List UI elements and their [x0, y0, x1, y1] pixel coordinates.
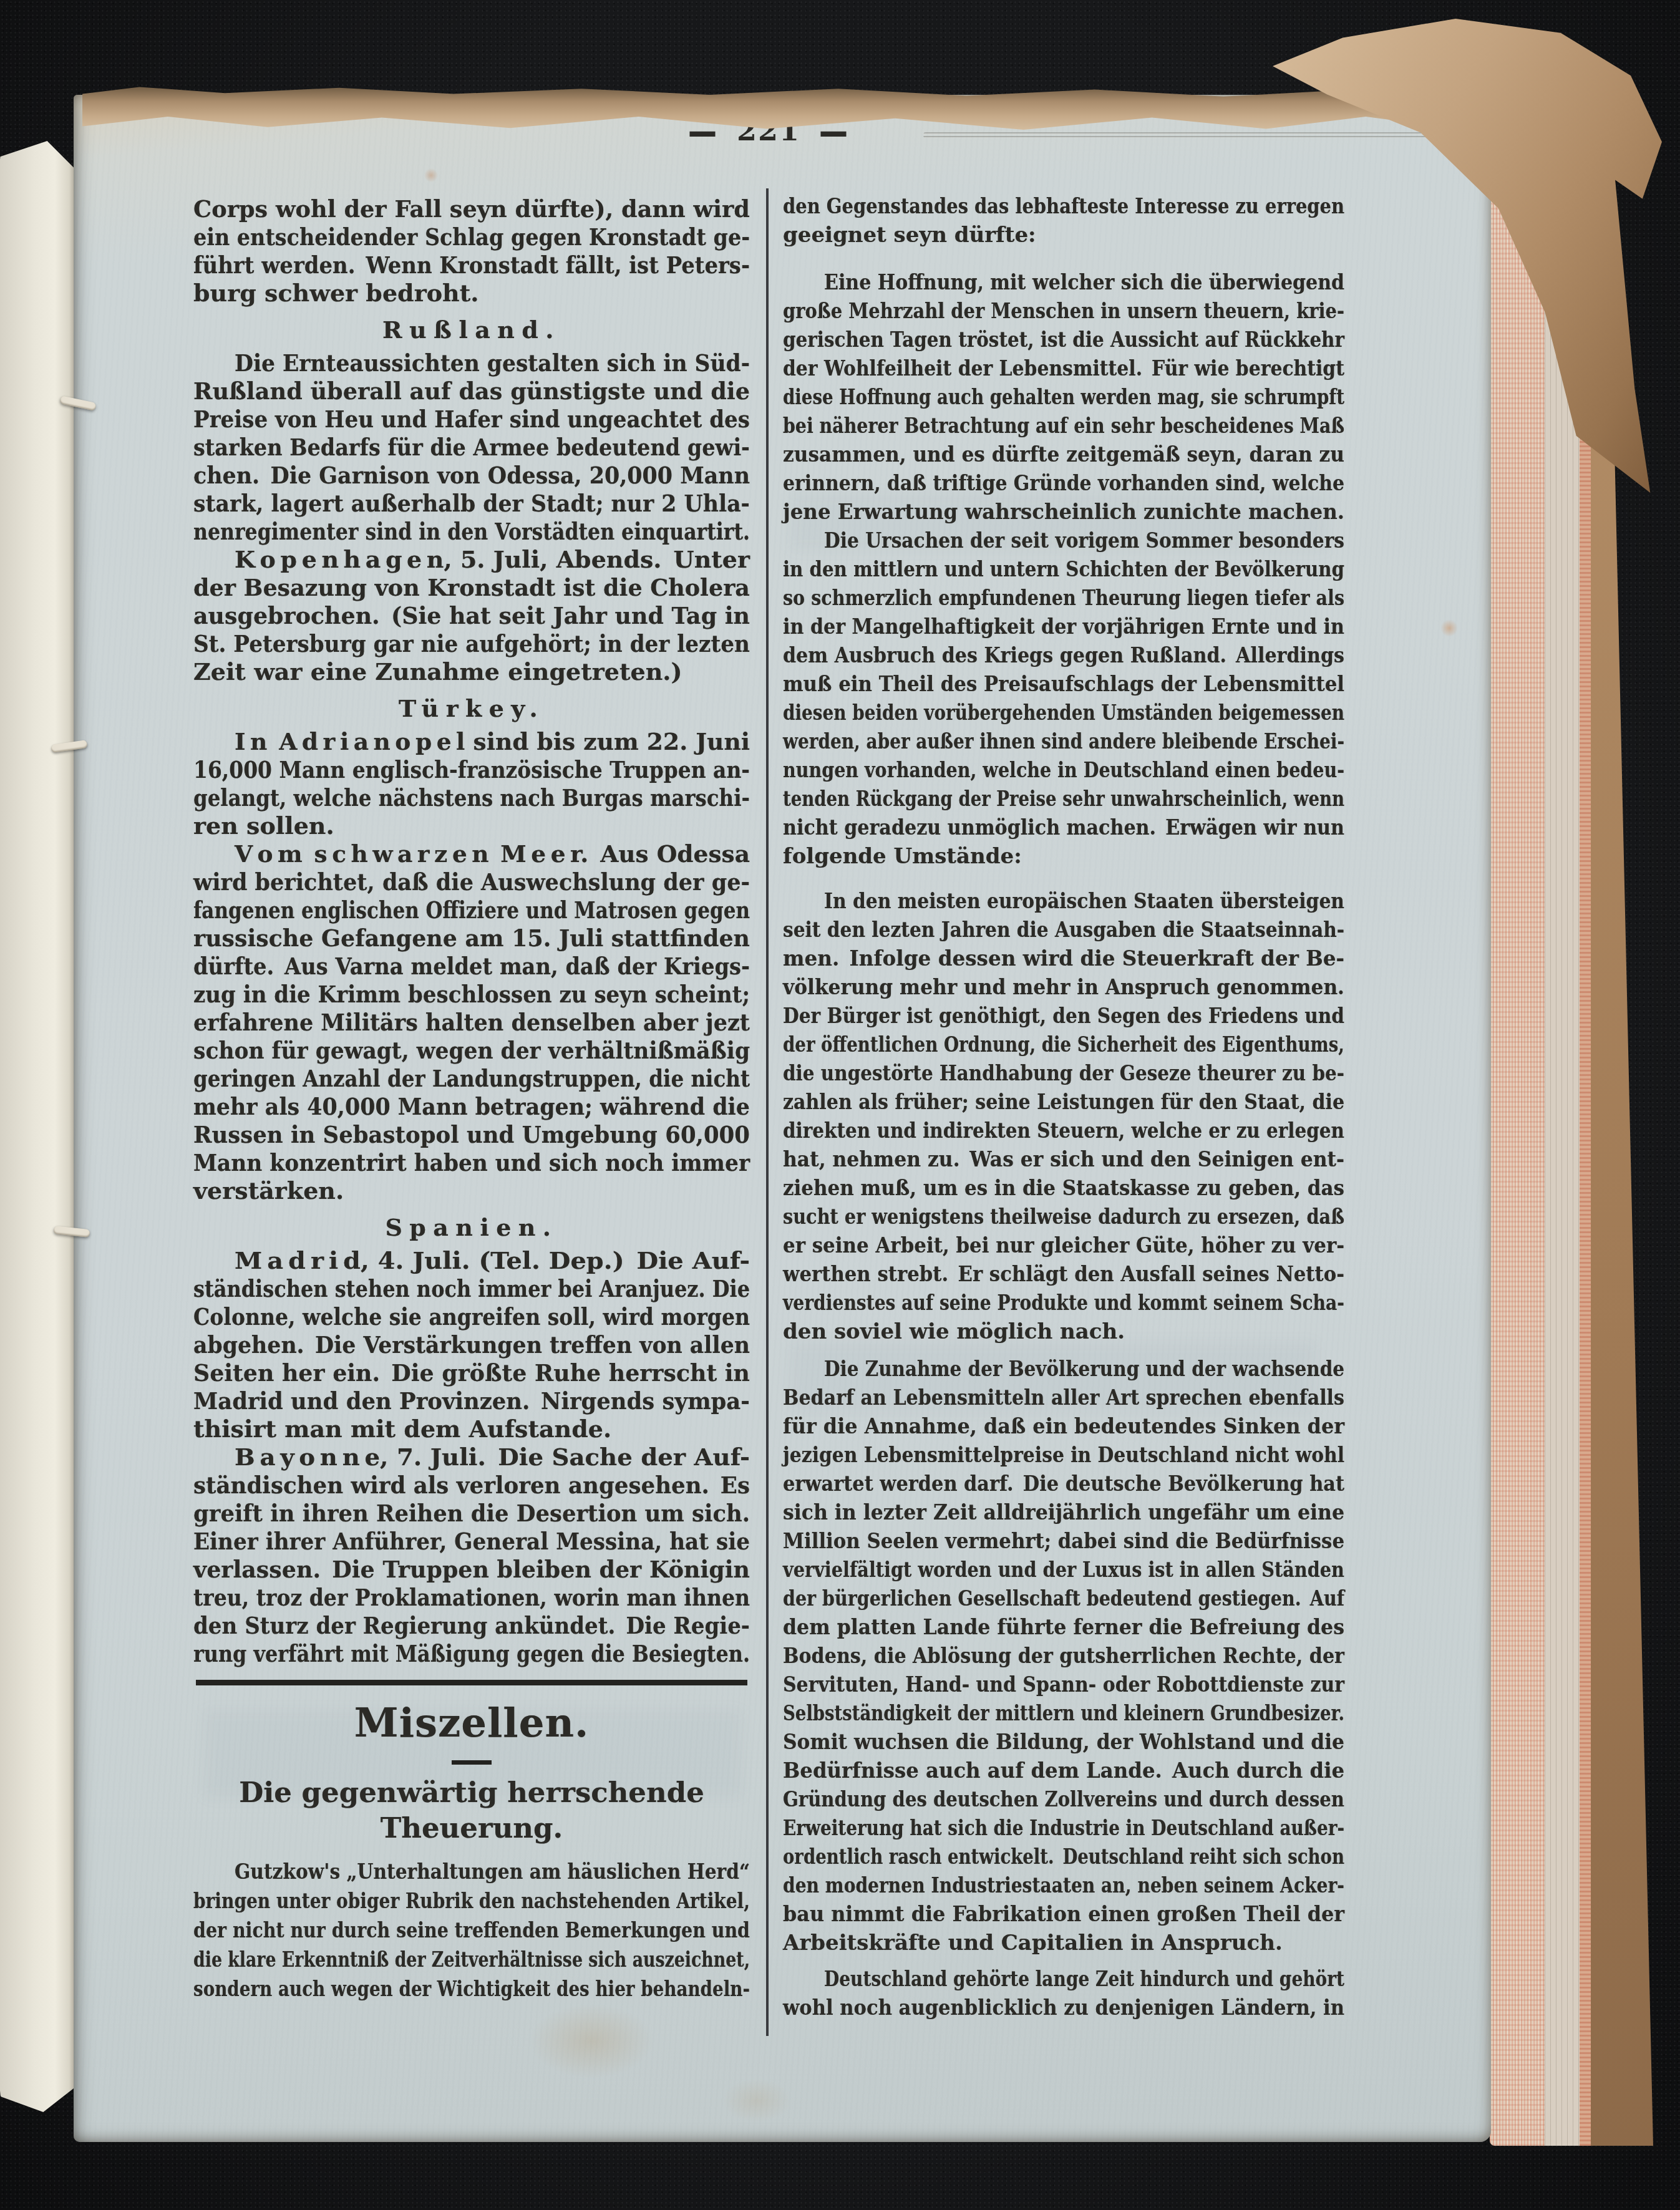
- text-line: Preise von Heu und Hafer sind ungeachtet…: [193, 405, 750, 433]
- text-line: der öffentlichen Ordnung, die Sicherheit…: [783, 1030, 1344, 1059]
- text-line: Servituten, Hand- und Spann- oder Robott…: [783, 1670, 1344, 1699]
- text-line: starken Bedarfs für die Armee bedeutend …: [193, 433, 750, 461]
- text-line: Zeit war eine Zunahme eingetreten.): [193, 657, 750, 686]
- text-line: vervielfältigt worden und der Luxus ist …: [783, 1556, 1344, 1584]
- text-line: den Sturz der Regierung ankündet. Die Re…: [193, 1611, 750, 1639]
- paper-stain: [423, 168, 439, 182]
- text-line: nicht geradezu unmöglich machen. Erwägen…: [783, 813, 1344, 842]
- fore-edge-red-speckled-band: [1490, 119, 1545, 2146]
- text-line: ein entscheidender Schlag gegen Kronstad…: [193, 223, 750, 251]
- text-line: ständischen wird als verloren angesehen.…: [193, 1471, 750, 1499]
- text-line: St. Petersburg gar nie aufgehört; in der…: [193, 629, 750, 657]
- section-rule: [196, 1680, 747, 1685]
- text-line: bringen unter obiger Rubrik den nachsteh…: [193, 1886, 750, 1916]
- text-line: sucht er wenigstens theilweise dadurch z…: [783, 1203, 1344, 1231]
- text-line: russische Gefangene am 15. Juli stattfin…: [193, 924, 750, 952]
- photograph-of-book-page: { "page": { "number": "221", "dash": "\u…: [0, 0, 1680, 2210]
- text-line: die ungestörte Handhabung der Geseze the…: [783, 1059, 1344, 1088]
- text-line: zusammen, und es dürfte zeitgemäß seyn, …: [783, 440, 1344, 469]
- text-line: folgende Umstände:: [783, 842, 1344, 871]
- text-line: gerischen Tagen tröstet, ist die Aussich…: [783, 326, 1344, 354]
- text-line: jezigen Lebensmittelpreise in Deutschlan…: [783, 1441, 1344, 1470]
- text-line: rung verfährt mit Mäßigung gegen die Bes…: [193, 1639, 750, 1667]
- paper-stain: [722, 2078, 791, 2122]
- torn-top-edge: [82, 86, 1508, 130]
- text-line: diese Hoffnung auch gehalten werden mag,…: [783, 383, 1344, 412]
- text-line: dem Ausbruch des Kriegs gegen Rußland. A…: [783, 641, 1344, 670]
- text-line: zahlen als früher; seine Leistungen für …: [783, 1088, 1344, 1117]
- text-line: zug in die Krimm beschlossen zu seyn sch…: [193, 980, 750, 1008]
- paper-stain: [529, 2004, 654, 2078]
- text-line: burg schwer bedroht.: [193, 279, 750, 307]
- article-heading: Die gegenwärtig herrschendeTheuerung.: [193, 1775, 750, 1846]
- text-line: Gutzkow's „Unterhaltungen am häuslichen …: [193, 1857, 750, 1886]
- text-line: Die Ursachen der seit vorigem Sommer bes…: [783, 526, 1344, 555]
- text-line: Selbstständigkeit der mittlern und klein…: [783, 1699, 1344, 1728]
- text-line: muß ein Theil des Preisaufschlags der Le…: [783, 670, 1344, 699]
- text-line: so schmerzlich empfundenen Theurung lieg…: [783, 584, 1344, 613]
- text-line: wohl noch augenblicklich zu denjenigen L…: [783, 1994, 1344, 2022]
- text-line: in den mittlern und untern Schichten der…: [783, 555, 1344, 584]
- text-line: die klare Erkenntniß der Zeitverhältniss…: [193, 1945, 750, 1974]
- text-line: ständischen stehen noch immer bei Aranju…: [193, 1274, 750, 1302]
- text-line: Eine Hoffnung, mit welcher sich die über…: [783, 268, 1344, 297]
- text-line: große Mehrzahl der Menschen in unsern th…: [783, 297, 1344, 326]
- book-page: —221— Corps wohl der Fall seyn dürfte), …: [74, 95, 1491, 2142]
- text-line: schon für gewagt, wegen der verhältnißmä…: [193, 1036, 750, 1064]
- text-line: völkerung mehr und mehr in Anspruch geno…: [783, 973, 1344, 1002]
- text-line: erfahrene Militärs halten denselben aber…: [193, 1008, 750, 1036]
- text-line: treu, troz der Proklamationen, worin man…: [193, 1583, 750, 1611]
- text-line: Erweiterung hat sich die Industrie in De…: [783, 1814, 1344, 1843]
- text-line: Gründung des deutschen Zollvereins und d…: [783, 1785, 1344, 1814]
- paper-stain: [1440, 619, 1459, 637]
- text-line: Rußland überall auf das günstigste und d…: [193, 377, 750, 405]
- text-line: Bedarf an Lebensmitteln aller Art sprech…: [783, 1384, 1344, 1412]
- text-line: Bodens, die Ablösung der gutsherrlichen …: [783, 1642, 1344, 1670]
- text-line: gelangt, welche nächstens nach Burgas ma…: [193, 783, 750, 812]
- text-line: In den meisten europäischen Staaten über…: [783, 887, 1344, 916]
- right-column: den Gegenstandes das lebhafteste Interes…: [783, 192, 1344, 2022]
- text-line: Madrid und den Provinzen. Nirgends sympa…: [193, 1387, 750, 1415]
- text-line: Somit wuchsen die Bildung, der Wohlstand…: [783, 1728, 1344, 1757]
- miszellen-heading: Miszellen.: [193, 1702, 750, 1745]
- text-line: sondern auch wegen der Wichtigkeit des h…: [193, 1974, 750, 2004]
- section-heading: Rußland.: [193, 316, 750, 344]
- text-line: chen. Die Garnison von Odessa, 20,000 Ma…: [193, 461, 750, 489]
- text-line: Die Ernteaussichten gestalten sich in Sü…: [193, 349, 750, 377]
- text-line: stark, lagert außerhalb der Stadt; nur 2…: [193, 489, 750, 517]
- text-line: jene Erwartung wahrscheinlich zunichte m…: [783, 498, 1344, 526]
- text-line: er seine Arbeit, bei nur gleicher Güte, …: [783, 1231, 1344, 1260]
- text-line: bei näherer Betrachtung auf ein sehr bes…: [783, 412, 1344, 440]
- text-line: geeignet seyn dürfte:: [783, 221, 1344, 250]
- text-line: werthen strebt. Er schlägt den Ausfall s…: [783, 1260, 1344, 1289]
- text-line: Mann konzentrirt haben und sich noch imm…: [193, 1148, 750, 1176]
- text-line: dem platten Lande führte ferner die Befr…: [783, 1613, 1344, 1642]
- section-heading: Türkey.: [193, 694, 750, 722]
- text-line: greift in ihren Reihen die Desertion um …: [193, 1499, 750, 1527]
- text-line: fangenen englischen Offiziere und Matros…: [193, 896, 750, 924]
- text-line: direkten und indirekten Steuern, welche …: [783, 1117, 1344, 1145]
- text-line: werden, aber außer ihnen sind andere ble…: [783, 727, 1344, 756]
- text-line: den modernen Industriestaaten an, neben …: [783, 1871, 1344, 1900]
- text-line: den Gegenstandes das lebhafteste Interes…: [783, 192, 1344, 221]
- text-line: Russen in Sebastopol und Umgebung 60,000: [193, 1120, 750, 1148]
- text-line: verstärken.: [193, 1176, 750, 1204]
- text-line: erwartet werden darf. Die deutsche Bevöl…: [783, 1470, 1344, 1498]
- text-line: Deutschland gehörte lange Zeit hindurch …: [783, 1965, 1344, 1994]
- text-line: I n A d r i a n o p e l sind bis zum 22.…: [193, 727, 750, 755]
- text-line: sich in lezter Zeit alldreijährlich unge…: [783, 1498, 1344, 1527]
- text-line: Bedürfnisse auch auf dem Lande. Auch dur…: [783, 1757, 1344, 1785]
- text-line: M a d r i d, 4. Juli. (Tel. Dep.) Die Au…: [193, 1246, 750, 1274]
- text-line: verlassen. Die Truppen bleiben der König…: [193, 1555, 750, 1583]
- text-line: ausgebrochen. (Sie hat seit Jahr und Tag…: [193, 601, 750, 629]
- column-divider-rule: [766, 188, 769, 2036]
- text-line: thisirt man mit dem Aufstande.: [193, 1415, 750, 1443]
- short-rule: [452, 1760, 492, 1765]
- text-line: geringen Anzahl der Landungstruppen, die…: [193, 1064, 750, 1092]
- text-line: 16,000 Mann englisch-französische Truppe…: [193, 755, 750, 783]
- text-line: Die Zunahme der Bevölkerung und der wach…: [783, 1355, 1344, 1384]
- text-line: tenden Rückgang der Preise sehr unwahrsc…: [783, 785, 1344, 813]
- text-line: in der Mangelhaftigkeit der vorjährigen …: [783, 613, 1344, 641]
- left-column: Corps wohl der Fall seyn dürfte), dann w…: [193, 195, 750, 2004]
- text-line: Einer ihrer Anführer, General Messina, h…: [193, 1527, 750, 1555]
- text-line: der bürgerlichen Gesellschaft bedeutend …: [783, 1584, 1344, 1613]
- text-line: für die Annahme, daß ein bedeutendes Sin…: [783, 1412, 1344, 1441]
- text-line: ren sollen.: [193, 812, 750, 840]
- text-line: bau nimmt die Fabrikation einen großen T…: [783, 1900, 1344, 1929]
- text-line: seit den lezten Jahren die Ausgaben die …: [783, 916, 1344, 944]
- text-line: hat, nehmen zu. Was er sich und den Sein…: [783, 1145, 1344, 1174]
- text-line: Million Seelen vermehrt; dabei sind die …: [783, 1527, 1344, 1556]
- text-line: ordentlich rasch entwickelt. Deutschland…: [783, 1843, 1344, 1871]
- text-line: B a y o n n e, 7. Juli. Die Sache der Au…: [193, 1443, 750, 1471]
- text-line: nenregimenter sind in den Vorstädten ein…: [193, 517, 750, 545]
- text-line: diesen beiden vorübergehenden Umständen …: [783, 699, 1344, 727]
- text-line: Arbeitskräfte und Capitalien in Anspruch…: [783, 1929, 1344, 1957]
- book-gutter-page-edge: [0, 141, 79, 2112]
- text-line: führt werden. Wenn Kronstadt fällt, ist …: [193, 251, 750, 279]
- text-line: ziehen muß, um es in die Staatskasse zu …: [783, 1174, 1344, 1203]
- text-line: V o m s c h w a r z e n M e e r. Aus Ode…: [193, 840, 750, 868]
- text-line: Colonne, welche sie angreifen soll, wird…: [193, 1302, 750, 1330]
- text-line: nungen vorhanden, welche in Deutschland …: [783, 756, 1344, 785]
- text-line: Der Bürger ist genöthigt, den Segen des …: [783, 1002, 1344, 1030]
- text-line: K o p e n h a g e n, 5. Juli, Abends. Un…: [193, 545, 750, 573]
- text-line: mehr als 40,000 Mann betragen; während d…: [193, 1092, 750, 1120]
- text-line: men. Infolge dessen wird die Steuerkraft…: [783, 944, 1344, 973]
- section-heading: Spanien.: [193, 1213, 750, 1241]
- text-line: abgehen. Die Verstärkungen treffen von a…: [193, 1330, 750, 1359]
- text-line: der Besazung von Kronstadt ist die Chole…: [193, 573, 750, 601]
- text-line: dürfte. Aus Varna meldet man, daß der Kr…: [193, 952, 750, 980]
- text-line: den soviel wie möglich nach.: [783, 1317, 1344, 1346]
- text-line: Seiten her ein. Die größte Ruhe herrscht…: [193, 1359, 750, 1387]
- page-stack-lines: [923, 132, 1485, 138]
- text-line: wird berichtet, daß die Auswechslung der…: [193, 868, 750, 896]
- text-line: erinnern, daß triftige Gründe vorhanden …: [783, 469, 1344, 498]
- text-line: verdienstes auf seine Produkte und kommt…: [783, 1289, 1344, 1317]
- text-line: Corps wohl der Fall seyn dürfte), dann w…: [193, 195, 750, 223]
- text-line: der nicht nur durch seine treffenden Bem…: [193, 1916, 750, 1945]
- text-line: der Wohlfeilheit der Lebensmittel. Für w…: [783, 354, 1344, 383]
